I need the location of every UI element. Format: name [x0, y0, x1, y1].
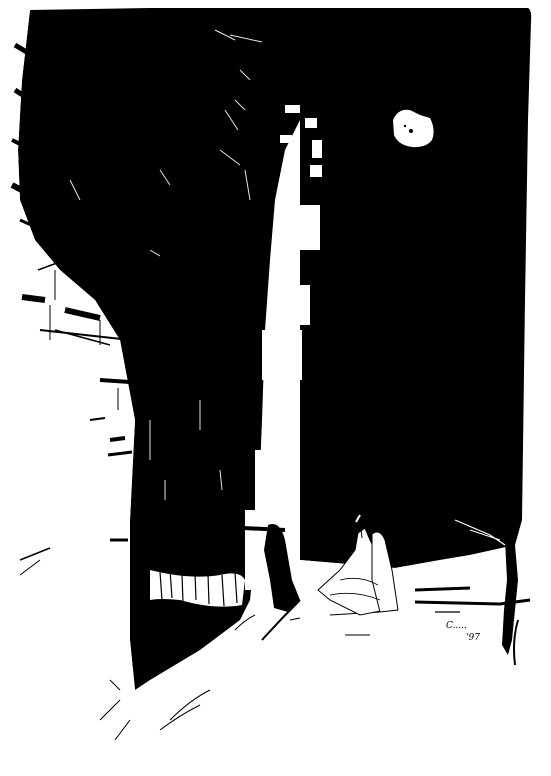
svg-text:C.....: C..... [446, 621, 467, 631]
night-sky [300, 8, 531, 568]
illustration: C..... '97 [0, 0, 551, 776]
svg-text:'97: '97 [466, 633, 480, 643]
